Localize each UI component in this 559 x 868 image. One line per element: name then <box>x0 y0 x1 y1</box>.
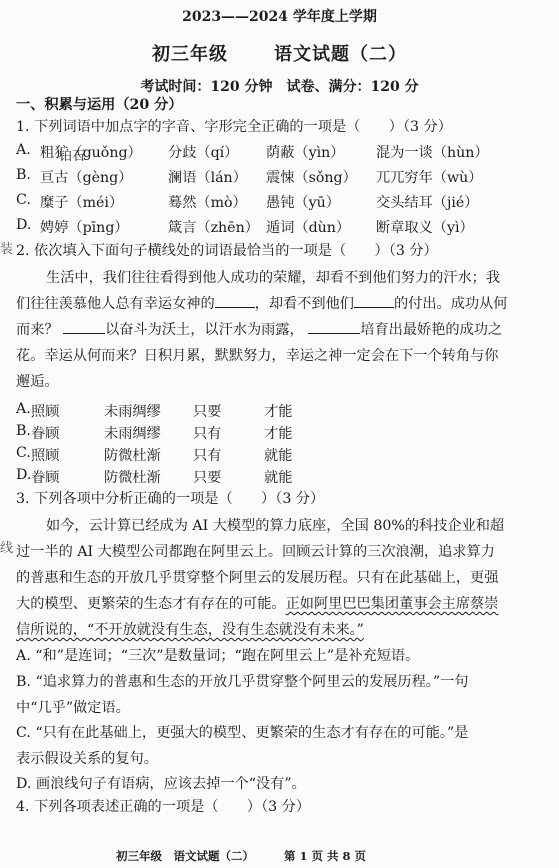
handwritten-annotation: 铂石 <box>59 145 85 164</box>
fill-blank <box>354 293 394 308</box>
fill-blank <box>63 319 105 334</box>
question-3-option-b: B. “追求算力的普惠和生态的开放几乎贯穿整个阿里云的发展历程。”一句 <box>16 671 468 693</box>
question-3-passage-line: 信所说的，“不开放就没有生态，没有生态就没有未来。” <box>16 618 544 644</box>
question-3-stem: 3. 下列各项中分析正确的一项是（ ）（3 分） <box>16 488 324 510</box>
question-2-passage-line: 花。幸运从何而来？日积月累，默默努力，幸运之神一定会在下一个转角与你 <box>16 344 544 370</box>
question-2-passage-line: 们往往羡慕他人总有幸运女神的，却看不到他们的付出。成功从何 <box>16 292 544 318</box>
fill-blank <box>308 319 360 334</box>
exam-info: 考试时间：120 分钟试卷、满分：120 分 <box>0 76 559 96</box>
question-3-option-c-cont: 表示假设关系的复句。 <box>16 748 158 770</box>
question-3-passage-line: 的普惠和生态的开放几乎贯穿整个阿里云的发展历程。只有在此基础上，更强 <box>16 566 544 592</box>
exam-page: 2023——2024 学年度上学期 初三年级语文试题（二） 考试时间：120 分… <box>0 0 559 868</box>
question-3-passage-line: 过一半的 AI 大模型公司都跑在阿里云上。回顾云计算的三次浪潮，追求算力 <box>16 540 544 566</box>
question-2-stem: 2. 依次填入下面句子横线处的词语最恰当的一项是（ ）（3 分） <box>16 240 438 262</box>
question-2-passage-line: 而来？ 以奋斗为沃土，以汗水为雨露， 培育出最娇艳的成功之 <box>16 318 544 344</box>
question-2-passage: 生活中，我们往往看得到他人成功的荣耀，却看不到他们努力的汗水；我 <box>16 266 544 292</box>
grade-label: 初三年级 <box>152 44 228 65</box>
full-score: 试卷、满分：120 分 <box>287 79 419 95</box>
subject-label: 语文试题（二） <box>274 44 407 65</box>
page-number: 第 1 页 共 8 页 <box>284 849 366 863</box>
question-3-option-b-cont: 中“几乎”做定语。 <box>16 697 130 719</box>
section-title: 一、积累与运用（20 分） <box>16 94 183 116</box>
binding-mark: 线 <box>0 537 13 556</box>
question-1-stem: 1. 下列词语中加点字的字音、字形完全正确的一项是（ ）（3 分） <box>16 116 452 138</box>
question-3-passage-line: 大的模型、更繁荣的生态才有存在的可能。正如阿里巴巴集团董事会主席蔡崇 <box>16 592 544 618</box>
wavy-underlined-sentence: 正如阿里巴巴集团董事会主席蔡崇 <box>286 596 499 612</box>
exam-time: 考试时间：120 分钟 <box>140 79 272 95</box>
term-title: 2023——2024 学年度上学期 <box>0 6 559 26</box>
question-3-option-a: A. “和”是连词；“三次”是数量词；“跑在阿里云上”是补充短语。 <box>16 645 419 667</box>
exam-title: 初三年级语文试题（二） <box>0 40 559 66</box>
question-2-passage-line: 邂逅。 <box>16 370 544 396</box>
wavy-underlined-sentence: 信所说的，“不开放就没有生态，没有生态就没有未来。” <box>16 622 364 638</box>
page-footer: 初三年级 语文试题（二）第 1 页 共 8 页 <box>116 848 366 864</box>
question-3-option-c: C. “只有在此基础上，更强大的模型、更繁荣的生态才有存在的可能。”是 <box>16 722 468 744</box>
question-3-passage: 如今，云计算已经成为 AI 大模型的算力底座，全国 80%的科技企业和超 <box>16 514 544 540</box>
footer-title: 初三年级 语文试题（二） <box>116 849 254 863</box>
question-4-stem: 4. 下列各项表述正确的一项是（ ）（3 分） <box>16 796 310 818</box>
question-3-option-d: D. 画浪线句子有语病，应该去掉一个“没有”。 <box>16 773 306 795</box>
binding-mark: 装 <box>0 238 13 257</box>
fill-blank <box>215 293 255 308</box>
